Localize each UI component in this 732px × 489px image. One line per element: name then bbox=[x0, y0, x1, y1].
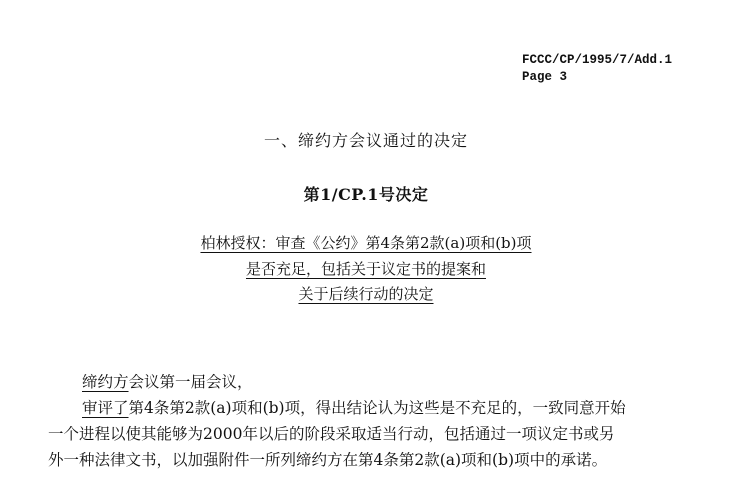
operative-paragraph-line-1: 审评了第4条第2款(a)项和(b)项，得出结论认为这些是不充足的，一致同意开始 bbox=[82, 395, 626, 421]
page-number: Page 3 bbox=[522, 69, 672, 86]
preamble-subject-rest: 会议第一届会议， bbox=[129, 373, 253, 391]
operative-text-1: 第4条第2款(a)项和(b)项，得出结论认为这些是不充足的，一致同意开始 bbox=[129, 399, 626, 417]
document-symbol: FCCC/CP/1995/7/Add.1 bbox=[522, 52, 672, 69]
operative-paragraph-line-3: 外一种法律文书，以加强附件一所列缔约方在第4条第2款(a)项和(b)项中的承诺。 bbox=[48, 447, 607, 473]
decision-number: 第1/CP.1号决定 bbox=[0, 182, 732, 205]
section-title: 一、缔约方会议通过的决定 bbox=[0, 128, 732, 151]
operative-verb: 审评了 bbox=[82, 399, 129, 417]
document-symbol-block: FCCC/CP/1995/7/Add.1 Page 3 bbox=[522, 52, 672, 86]
decision-title-line-1: 柏林授权：审查《公约》第4条第2款(a)项和(b)项 bbox=[200, 234, 531, 252]
decision-title: 柏林授权：审查《公约》第4条第2款(a)项和(b)项 是否充足，包括关于议定书的… bbox=[0, 231, 732, 308]
decision-title-line-2: 是否充足，包括关于议定书的提案和 bbox=[246, 260, 486, 278]
operative-paragraph-line-2: 一个进程以使其能够为2000年以后的阶段采取适当行动，包括通过一项议定书或另 bbox=[48, 421, 614, 447]
preamble-paragraph-1: 缔约方会议第一届会议， bbox=[82, 369, 253, 395]
preamble-subject: 缔约方 bbox=[82, 373, 129, 391]
decision-title-line-3: 关于后续行动的决定 bbox=[298, 285, 433, 303]
